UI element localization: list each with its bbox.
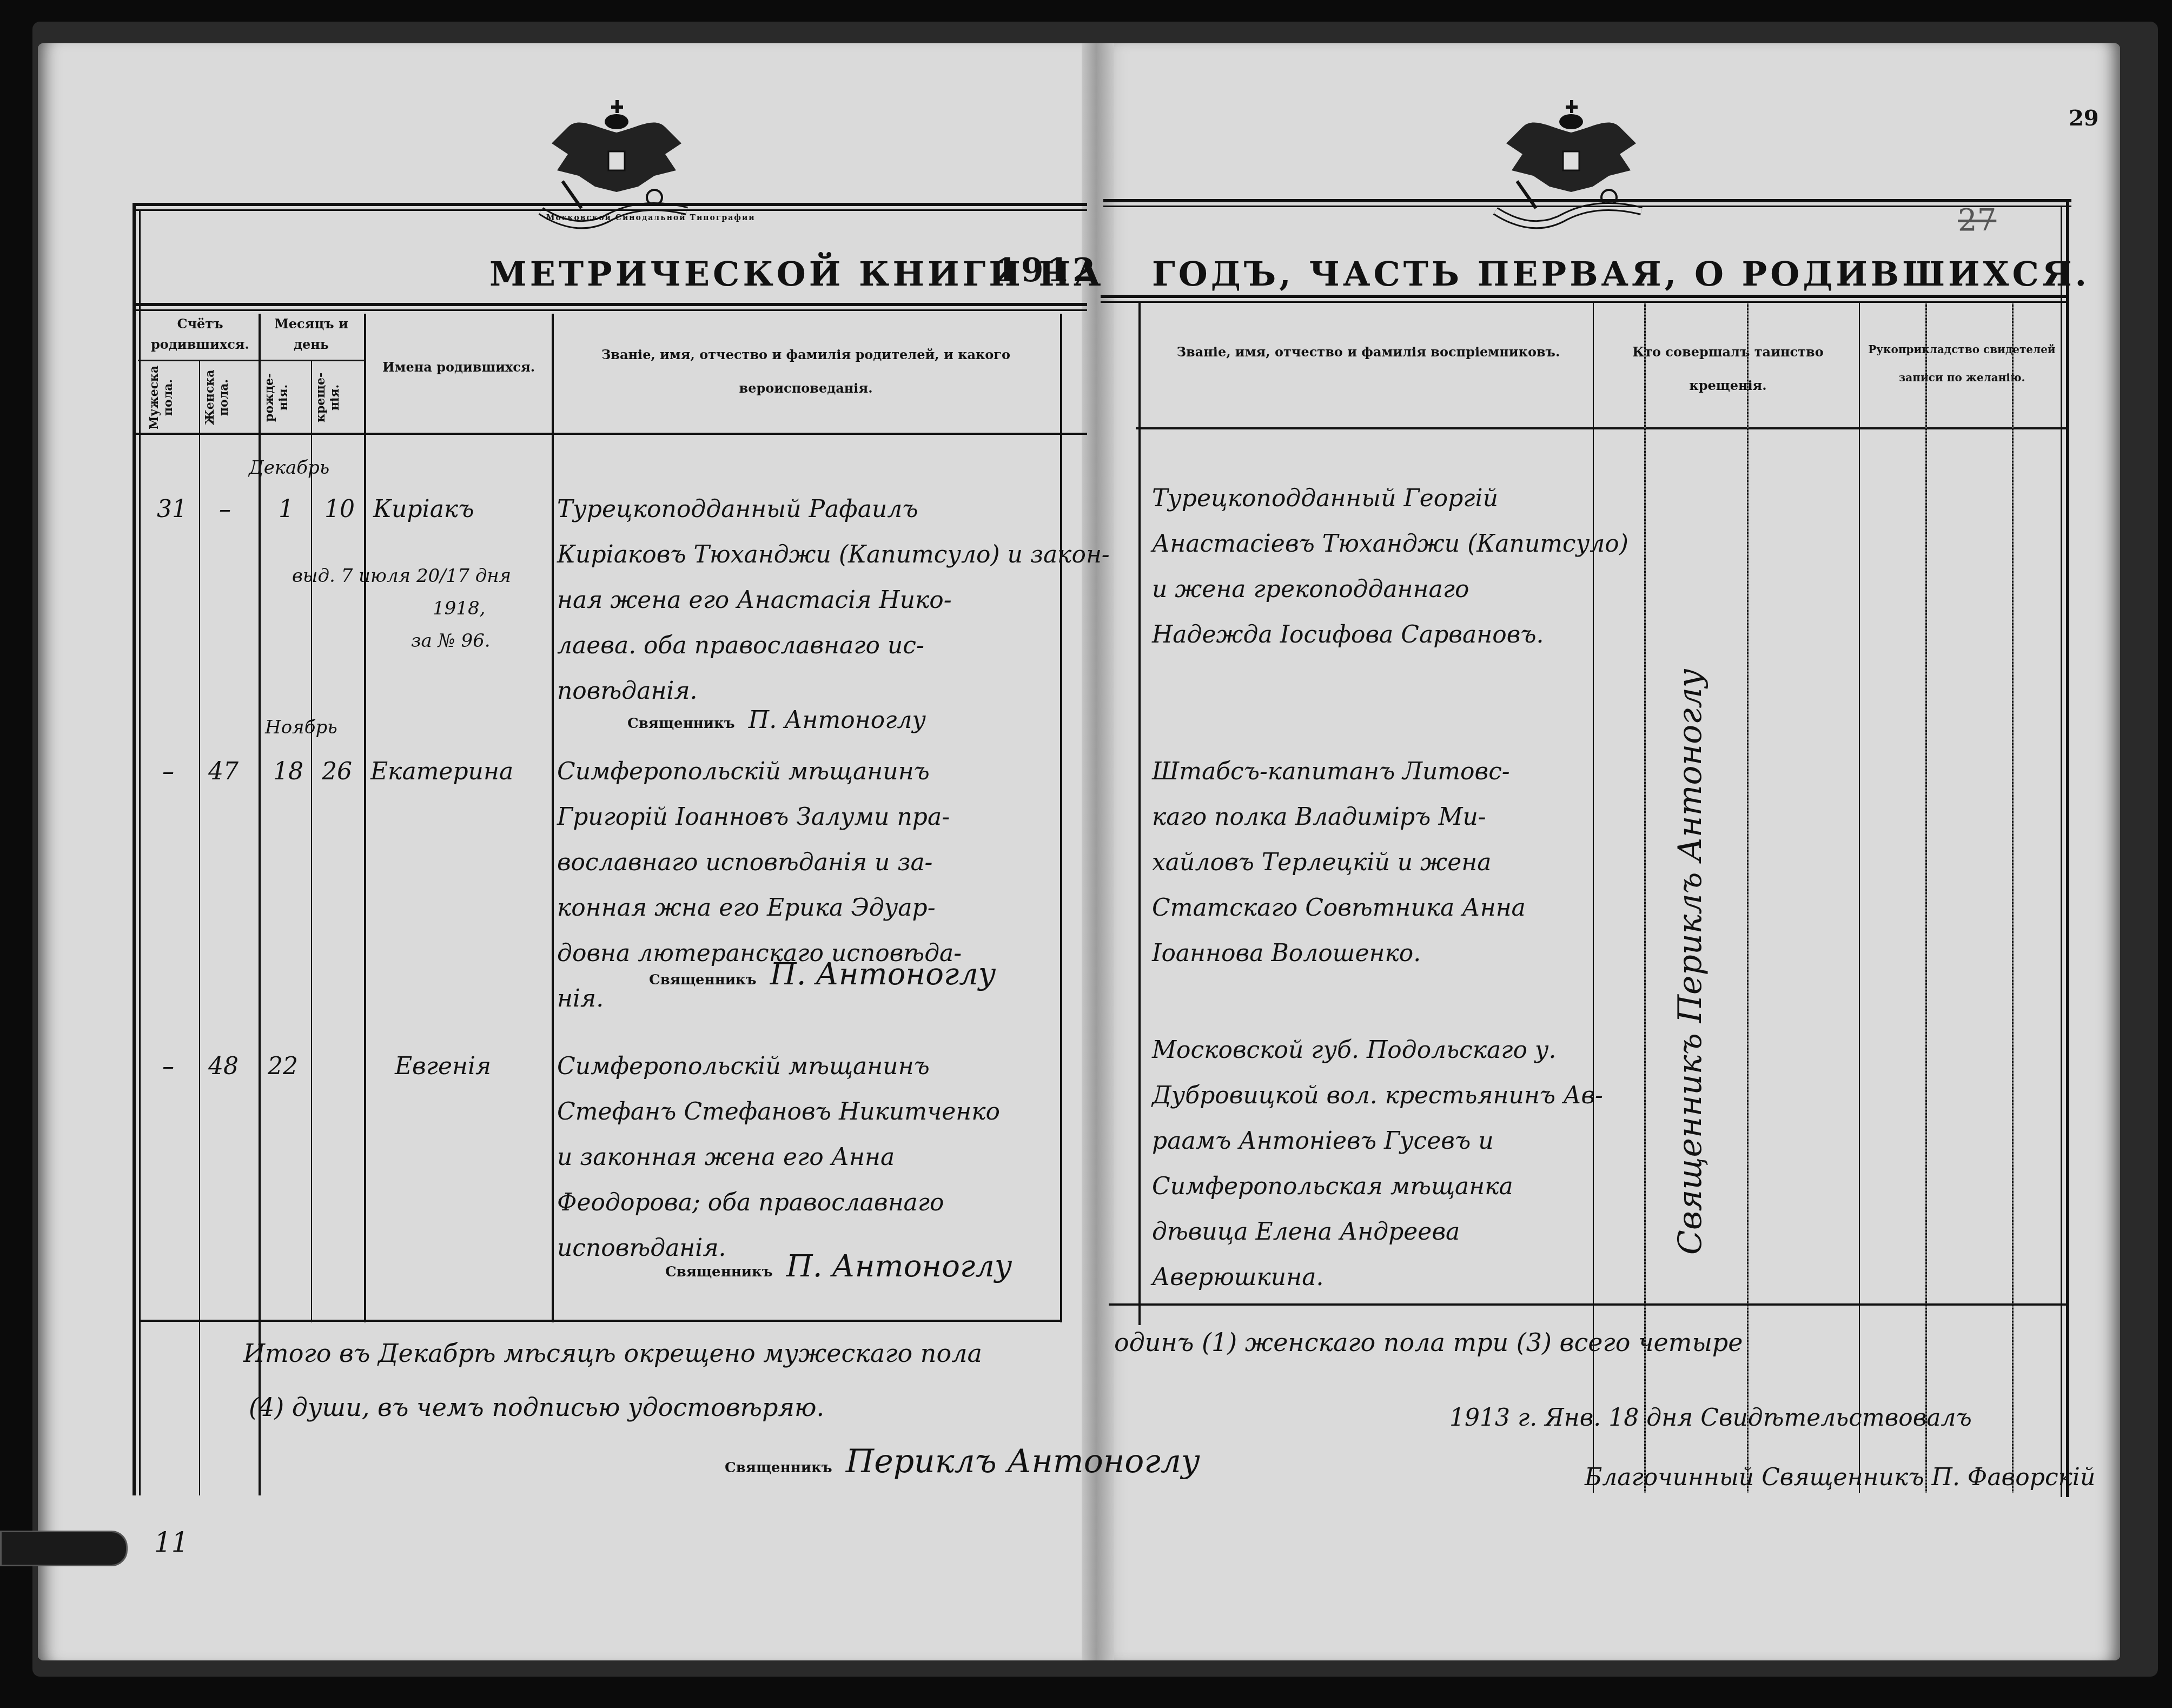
right-table-top-inner xyxy=(1101,301,2069,303)
summary-divider-left xyxy=(141,1320,1060,1322)
double-headed-eagle-icon xyxy=(1485,95,1647,235)
left-table-top xyxy=(135,303,1087,306)
page-number-stamp: 29 xyxy=(2069,105,2099,131)
left-frame-left-inner xyxy=(139,209,141,1495)
left-header-bottom xyxy=(135,433,1087,435)
right-table-top xyxy=(1101,295,2069,298)
entry2-month: Ноябрь xyxy=(265,714,337,741)
left-frame-top xyxy=(133,203,1087,206)
right-frame-right xyxy=(2066,199,2069,1497)
dotted-guide xyxy=(1925,303,1927,1493)
entry3-priest-signature-block: Священникъ П. Антоноглу xyxy=(665,1244,1012,1289)
summary-line1-right: одинъ (1) женскаго пола три (3) всего че… xyxy=(1114,1320,1743,1365)
entry1-name-note: за № 96. xyxy=(411,627,491,654)
right-frame-top-inner xyxy=(1103,206,2071,207)
dotted-guide xyxy=(2012,303,2014,1493)
entry1-name-note: выд. 7 июля 20/17 дня xyxy=(292,562,511,590)
header-count-male: Мужеска пола. xyxy=(147,365,196,430)
entry1-birth-day: 1 xyxy=(279,487,294,532)
entry3-godparents: Московской губ. Подольскаго у. Дубровицк… xyxy=(1152,1028,1603,1300)
header-officiant: Кто совершалъ таинство крещенія. xyxy=(1601,335,1855,403)
header-date-birth: рожде-нія. xyxy=(262,365,308,430)
title-right: годъ, часть первая, о родившихся. xyxy=(1152,254,2090,294)
entry1-parents: Турецкоподданный Рафаилъ Киріаковъ Тюхан… xyxy=(557,487,1110,714)
entry2-godparents: Штабсъ-капитанъ Литовс- каго полка Влади… xyxy=(1152,749,1526,976)
header-witness-signatures: Рукоприкладство свидетелей записи по жел… xyxy=(1863,335,2061,392)
header-date-group: Месяцъ и день xyxy=(259,314,364,355)
entry1-name-note: 1918, xyxy=(433,595,485,622)
header-names: Имена родившихся. xyxy=(367,357,551,378)
entry1-male-no: 31 xyxy=(157,487,187,532)
summary-line1-left: Итого въ Декабрѣ мѣсяцѣ окрещено мужеска… xyxy=(243,1330,982,1376)
col-line xyxy=(1138,303,1141,1325)
left-frame-top-inner xyxy=(133,209,1087,211)
col-line xyxy=(364,314,366,1322)
officiant-vertical-signature: Священникъ Периклъ Антоноглу xyxy=(1671,433,1709,1255)
bookmark-ribbon[interactable] xyxy=(0,1531,128,1566)
left-table-top-inner xyxy=(135,309,1087,311)
entry2-name: Екатерина xyxy=(370,749,513,795)
header-godparents: Званіе, имя, отчество и фамилія воспріем… xyxy=(1163,335,1574,369)
entry1-godparents: Турецкоподданный Георгій Анастасіевъ Тюх… xyxy=(1152,476,1628,658)
entry1-name: Киріакъ xyxy=(373,487,474,532)
margin-mark: 11 xyxy=(154,1520,189,1565)
left-frame-left xyxy=(133,203,136,1495)
entry3-birth-day: 22 xyxy=(268,1044,298,1089)
entry1-priest-signature-block: Священникъ П. Антоноглу xyxy=(627,698,926,743)
subheader-divider xyxy=(138,360,365,361)
col-line xyxy=(552,314,554,1322)
summary-priest-signature-block: Священникъ Периклъ Антоноглу xyxy=(725,1439,1200,1484)
header-parents: Званіе, имя, отчество и фамилія родителе… xyxy=(562,338,1049,406)
col-line xyxy=(1859,303,1860,1493)
page-number-handwritten: 27 xyxy=(1958,203,1996,238)
summary-verification: 1913 г. Янв. 18 дня Свидѣтельствовалъ xyxy=(1449,1395,1972,1441)
entry2-priest-signature-block: Священникъ П. Антоноглу xyxy=(649,952,996,997)
entry2-birth-day: 18 xyxy=(273,749,303,795)
header-count-group: Счётъ родившихся. xyxy=(142,314,259,355)
entry3-parents: Симферопольскій мѣщанинъ Стефанъ Стефано… xyxy=(557,1044,1000,1271)
summary-divider-right xyxy=(1109,1303,2066,1306)
emblem-ribbon-text: Московской Синодальной Типографии xyxy=(546,214,756,222)
col-line xyxy=(259,314,261,1495)
header-date-baptism: креще-нія. xyxy=(314,365,361,430)
col-line xyxy=(1060,314,1062,1322)
entry1-month: Декабрь xyxy=(249,454,329,481)
dean-signature: Благочинный Священникъ П. Фаворскій xyxy=(1585,1455,2095,1500)
dotted-guide xyxy=(1644,303,1646,1493)
entry2-male-no: – xyxy=(162,749,174,795)
entry1-female-no: – xyxy=(219,487,231,532)
entry3-name: Евгенія xyxy=(395,1044,491,1089)
col-line xyxy=(199,360,200,1495)
title-year: 1912 xyxy=(995,251,1098,289)
dotted-guide xyxy=(1747,303,1749,1493)
entry2-baptism-day: 26 xyxy=(322,749,352,795)
entry2-female-no: 47 xyxy=(208,749,239,795)
header-count-female: Женска пола. xyxy=(203,365,254,430)
col-line xyxy=(311,360,312,1322)
entry3-female-no: 48 xyxy=(208,1044,239,1089)
summary-line2: (4) души, въ чемъ подписью удостовѣряю. xyxy=(249,1385,824,1430)
entry1-baptism-day: 10 xyxy=(325,487,355,532)
right-frame-top xyxy=(1103,199,2071,202)
entry3-male-no: – xyxy=(162,1044,174,1089)
